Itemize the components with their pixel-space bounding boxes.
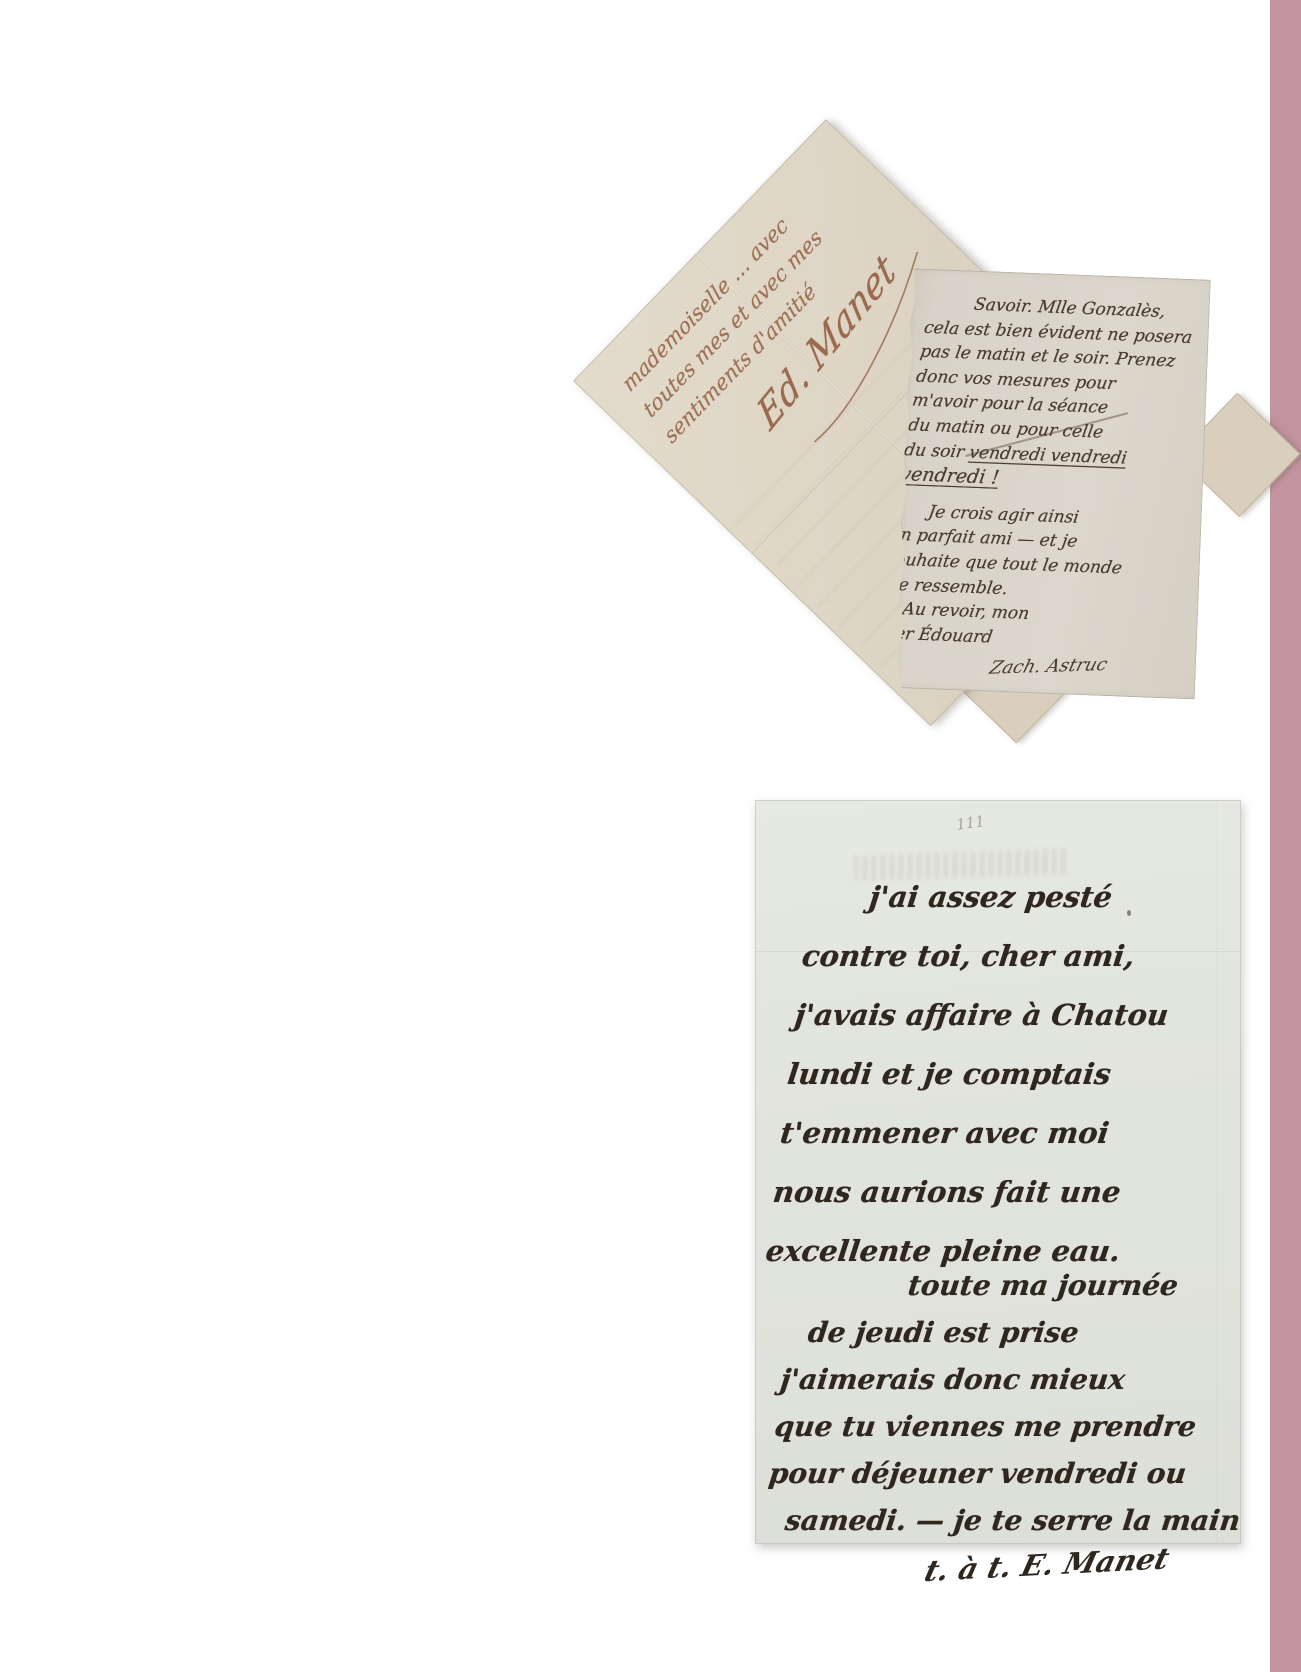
astruc-signature: Zach. Astruc (986, 652, 1142, 681)
handwritten-line: de jeudi est prise (783, 1309, 1266, 1356)
manet-letter-paragraph-2: toute ma journée de jeudi est prise j'ai… (755, 1262, 1272, 1587)
handwritten-line: lundi et je comptais (784, 1045, 1165, 1104)
handwritten-line: contre toi, cher ami, (799, 927, 1180, 986)
underlined-word: vendredi vendredi (968, 442, 1129, 468)
line-fragment: du soir (903, 440, 971, 462)
manet-letter: 111 j'ai assez pesté contre toi, cher am… (755, 800, 1241, 1544)
accent-stripe (1270, 0, 1301, 1672)
handwritten-line: nous aurions fait une (770, 1163, 1151, 1222)
catalog-photo: mademoiselle … avec toutes mes et avec m… (0, 0, 1301, 1672)
astruc-note-text: Savoir. Mlle Gonzalès, cela est bien évi… (868, 291, 1198, 682)
handwritten-line: que tu viennes me prendre (772, 1403, 1255, 1450)
handwritten-line: t'emmener avec moi (777, 1104, 1158, 1163)
handwritten-line: pour déjeuner vendredi ou (766, 1450, 1249, 1497)
manet-letter-paragraph-1: j'ai assez pesté contre toi, cher ami, j… (762, 868, 1186, 1281)
handwritten-line: toute ma journée (789, 1262, 1272, 1309)
astruc-note: Savoir. Mlle Gonzalès, cela est bien évi… (889, 268, 1211, 699)
pencil-mark: 111 (955, 812, 986, 834)
handwritten-line: j'ai assez pesté (806, 868, 1187, 927)
handwritten-line: j'aimerais donc mieux (778, 1356, 1261, 1403)
handwritten-line: j'avais affaire à Chatou (791, 986, 1172, 1045)
